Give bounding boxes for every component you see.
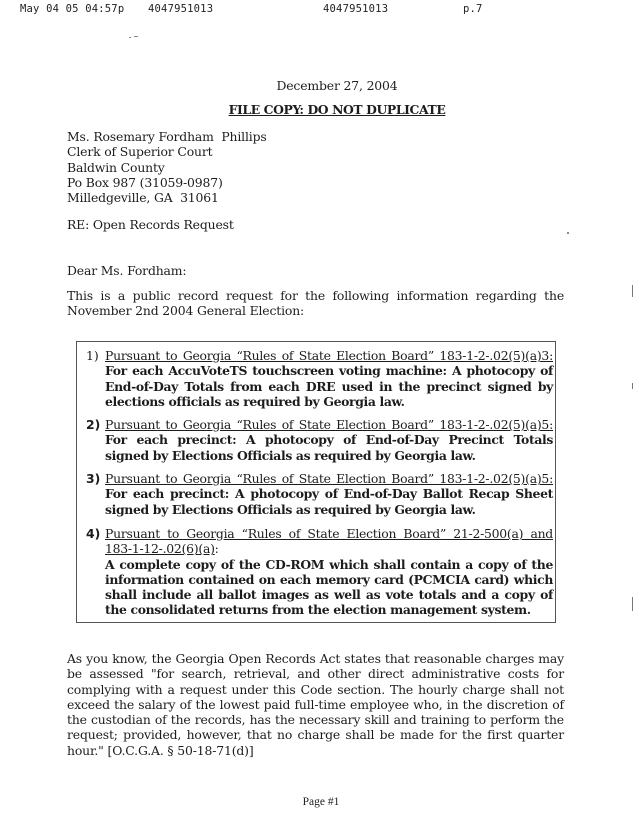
scan-speck — [567, 232, 569, 234]
recipient-county: Baldwin County — [67, 160, 267, 175]
scan-speck — [134, 36, 138, 37]
fax-header: May 04 05 04:57p 4047951013 4047951013 p… — [0, 3, 634, 17]
request-citation-suffix: : — [215, 541, 219, 556]
subject-line: RE: Open Records Request — [67, 217, 234, 232]
scan-edge-mark — [632, 383, 633, 389]
recipient-title: Clerk of Superior Court — [67, 144, 267, 159]
request-description: For each AccuVoteTS touchscreen voting m… — [105, 363, 553, 409]
request-citation-line-2-wrap: 183-1-12-.02(6)(a): — [105, 541, 553, 556]
fax-timestamp: May 04 05 04:57p — [20, 3, 124, 15]
scan-edge-mark — [632, 597, 633, 611]
page-number-footer: Page #1 — [0, 796, 634, 808]
salutation: Dear Ms. Fordham: — [67, 263, 186, 278]
request-body: Pursuant to Georgia “Rules of State Elec… — [105, 417, 553, 463]
fax-sender-number: 4047951013 — [148, 3, 213, 15]
request-body: Pursuant to Georgia “Rules of State Elec… — [105, 526, 553, 618]
request-body: Pursuant to Georgia “Rules of State Elec… — [105, 348, 553, 409]
request-citation: Pursuant to Georgia “Rules of State Elec… — [105, 417, 553, 432]
request-citation-line-2: 183-1-12-.02(6)(a) — [105, 541, 215, 556]
request-number: 3) — [86, 471, 100, 486]
recipient-city-state-zip: Milledgeville, GA 31061 — [67, 190, 267, 205]
fax-page-indicator: p.7 — [463, 3, 483, 15]
scan-edge-mark — [632, 285, 633, 297]
request-citation: Pursuant to Georgia “Rules of State Elec… — [105, 471, 553, 486]
intro-paragraph: This is a public record request for the … — [67, 288, 564, 318]
file-copy-notice: FILE COPY: DO NOT DUPLICATE — [0, 102, 634, 117]
request-description: A complete copy of the CD-ROM which shal… — [105, 557, 553, 618]
request-citation-line-1: Pursuant to Georgia “Rules of State Elec… — [105, 526, 553, 541]
request-citation: Pursuant to Georgia “Rules of State Elec… — [105, 348, 553, 363]
letter-date: December 27, 2004 — [0, 78, 634, 93]
request-number: 1) — [86, 348, 99, 363]
request-description: For each precinct: A photocopy of End-of… — [105, 486, 553, 517]
request-body: Pursuant to Georgia “Rules of State Elec… — [105, 471, 553, 517]
closing-paragraph: As you know, the Georgia Open Records Ac… — [67, 651, 564, 758]
recipient-po-box: Po Box 987 (31059-0987) — [67, 175, 267, 190]
request-number: 2) — [86, 417, 100, 432]
request-number: 4) — [86, 526, 100, 541]
recipient-name: Ms. Rosemary Fordham Phillips — [67, 129, 267, 144]
request-description: For each precinct: A photocopy of End-of… — [105, 432, 553, 463]
recipient-address: Ms. Rosemary Fordham Phillips Clerk of S… — [67, 129, 267, 205]
scan-speck — [129, 37, 131, 38]
fax-receiver-number: 4047951013 — [323, 3, 388, 15]
